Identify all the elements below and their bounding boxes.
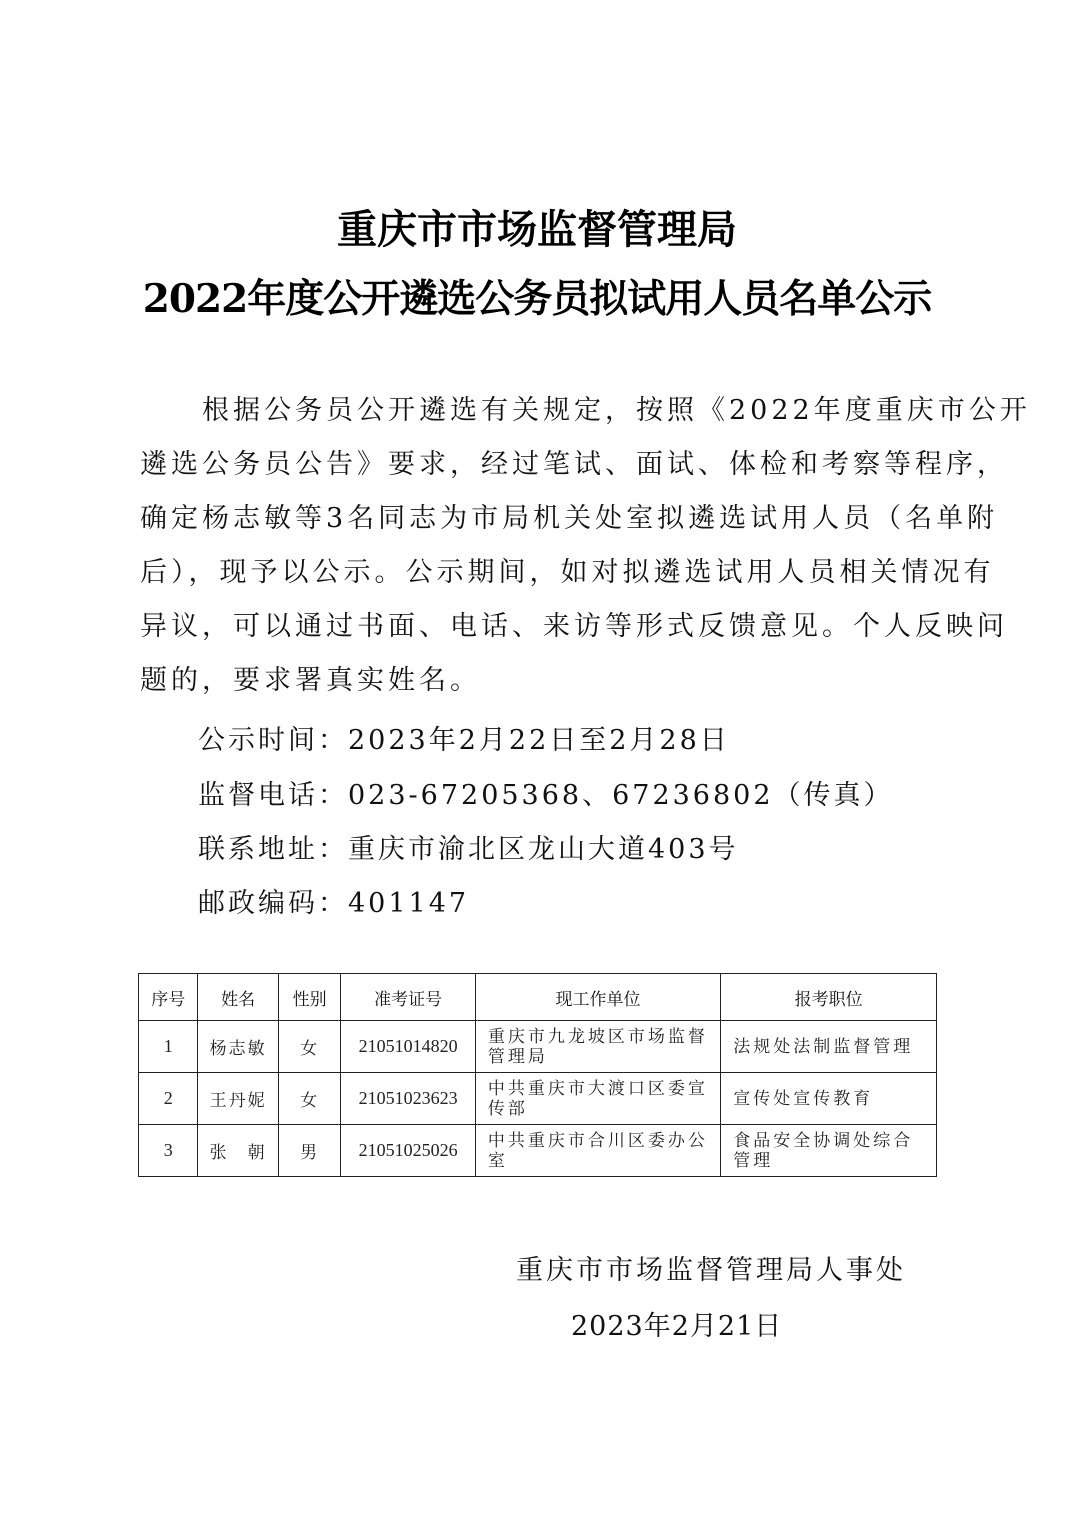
body-line: 后），现予以公示。公示期间，如对拟遴选试用人员相关情况有 — [140, 546, 940, 600]
info-address: 联系地址：重庆市渝北区龙山大道403号 — [198, 827, 739, 866]
cell-current-unit: 中共重庆市大渡口区委宣传部 — [475, 1073, 720, 1125]
body-line: 遴选公务员公告》要求，经过笔试、面试、体检和考察等程序， — [140, 438, 940, 492]
cell-gender: 男 — [278, 1125, 340, 1177]
cell-current-unit: 中共重庆市合川区委办公室 — [475, 1125, 720, 1177]
phone-value: 023-67205368、67236802（传真） — [348, 780, 894, 811]
address-value: 重庆市渝北区龙山大道403号 — [348, 834, 739, 865]
cell-position: 宣传处宣传教育 — [721, 1073, 937, 1125]
header-no: 序号 — [139, 974, 198, 1021]
cell-name: 杨志敏 — [198, 1021, 278, 1073]
body-line: 确定杨志敏等3名同志为市局机关处室拟遴选试用人员（名单附 — [140, 492, 940, 546]
cell-exam-id: 21051014820 — [341, 1021, 476, 1073]
table-header-row: 序号 姓名 性别 准考证号 现工作单位 报考职位 — [139, 974, 937, 1021]
signature-date: 2023年2月21日 — [571, 1304, 782, 1343]
cell-no: 2 — [139, 1073, 198, 1125]
header-gender: 性别 — [278, 974, 340, 1021]
info-phone: 监督电话：023-67205368、67236802（传真） — [198, 773, 894, 812]
phone-label: 监督电话： — [198, 780, 348, 811]
header-name: 姓名 — [198, 974, 278, 1021]
body-paragraph: 根据公务员公开遴选有关规定，按照《2022年度重庆市公开 遴选公务员公告》要求，… — [140, 384, 940, 708]
cell-position: 食品安全协调处综合管理 — [721, 1125, 937, 1177]
candidate-table: 序号 姓名 性别 准考证号 现工作单位 报考职位 1 杨志敏 女 2105101… — [138, 973, 937, 1177]
document-title-line1: 重庆市市场监督管理局 — [0, 198, 1074, 255]
period-value: 2023年2月22日至2月28日 — [348, 725, 730, 756]
document-title-line2: 2022年度公开遴选公务员拟试用人员名单公示 — [0, 268, 1074, 324]
address-label: 联系地址： — [198, 834, 348, 865]
info-period: 公示时间：2023年2月22日至2月28日 — [198, 718, 730, 757]
cell-exam-id: 21051023623 — [341, 1073, 476, 1125]
header-current-unit: 现工作单位 — [475, 974, 720, 1021]
postcode-value: 401147 — [348, 888, 469, 919]
cell-exam-id: 21051025026 — [341, 1125, 476, 1177]
body-line: 题的，要求署真实姓名。 — [140, 654, 940, 708]
cell-name: 张 朝 — [198, 1125, 278, 1177]
cell-position: 法规处法制监督管理 — [721, 1021, 937, 1073]
table-row: 2 王丹妮 女 21051023623 中共重庆市大渡口区委宣传部 宣传处宣传教… — [139, 1073, 937, 1125]
period-label: 公示时间： — [198, 725, 348, 756]
cell-gender: 女 — [278, 1021, 340, 1073]
body-line: 异议，可以通过书面、电话、来访等形式反馈意见。个人反映问 — [140, 600, 940, 654]
postcode-label: 邮政编码： — [198, 888, 348, 919]
info-postcode: 邮政编码：401147 — [198, 881, 469, 920]
cell-no: 1 — [139, 1021, 198, 1073]
cell-gender: 女 — [278, 1073, 340, 1125]
table-row: 1 杨志敏 女 21051014820 重庆市九龙坡区市场监督管理局 法规处法制… — [139, 1021, 937, 1073]
header-position: 报考职位 — [721, 974, 937, 1021]
signature-organization: 重庆市市场监督管理局人事处 — [516, 1248, 906, 1287]
cell-current-unit: 重庆市九龙坡区市场监督管理局 — [475, 1021, 720, 1073]
table-row: 3 张 朝 男 21051025026 中共重庆市合川区委办公室 食品安全协调处… — [139, 1125, 937, 1177]
cell-no: 3 — [139, 1125, 198, 1177]
body-line: 根据公务员公开遴选有关规定，按照《2022年度重庆市公开 — [140, 384, 940, 438]
cell-name: 王丹妮 — [198, 1073, 278, 1125]
header-exam-id: 准考证号 — [341, 974, 476, 1021]
